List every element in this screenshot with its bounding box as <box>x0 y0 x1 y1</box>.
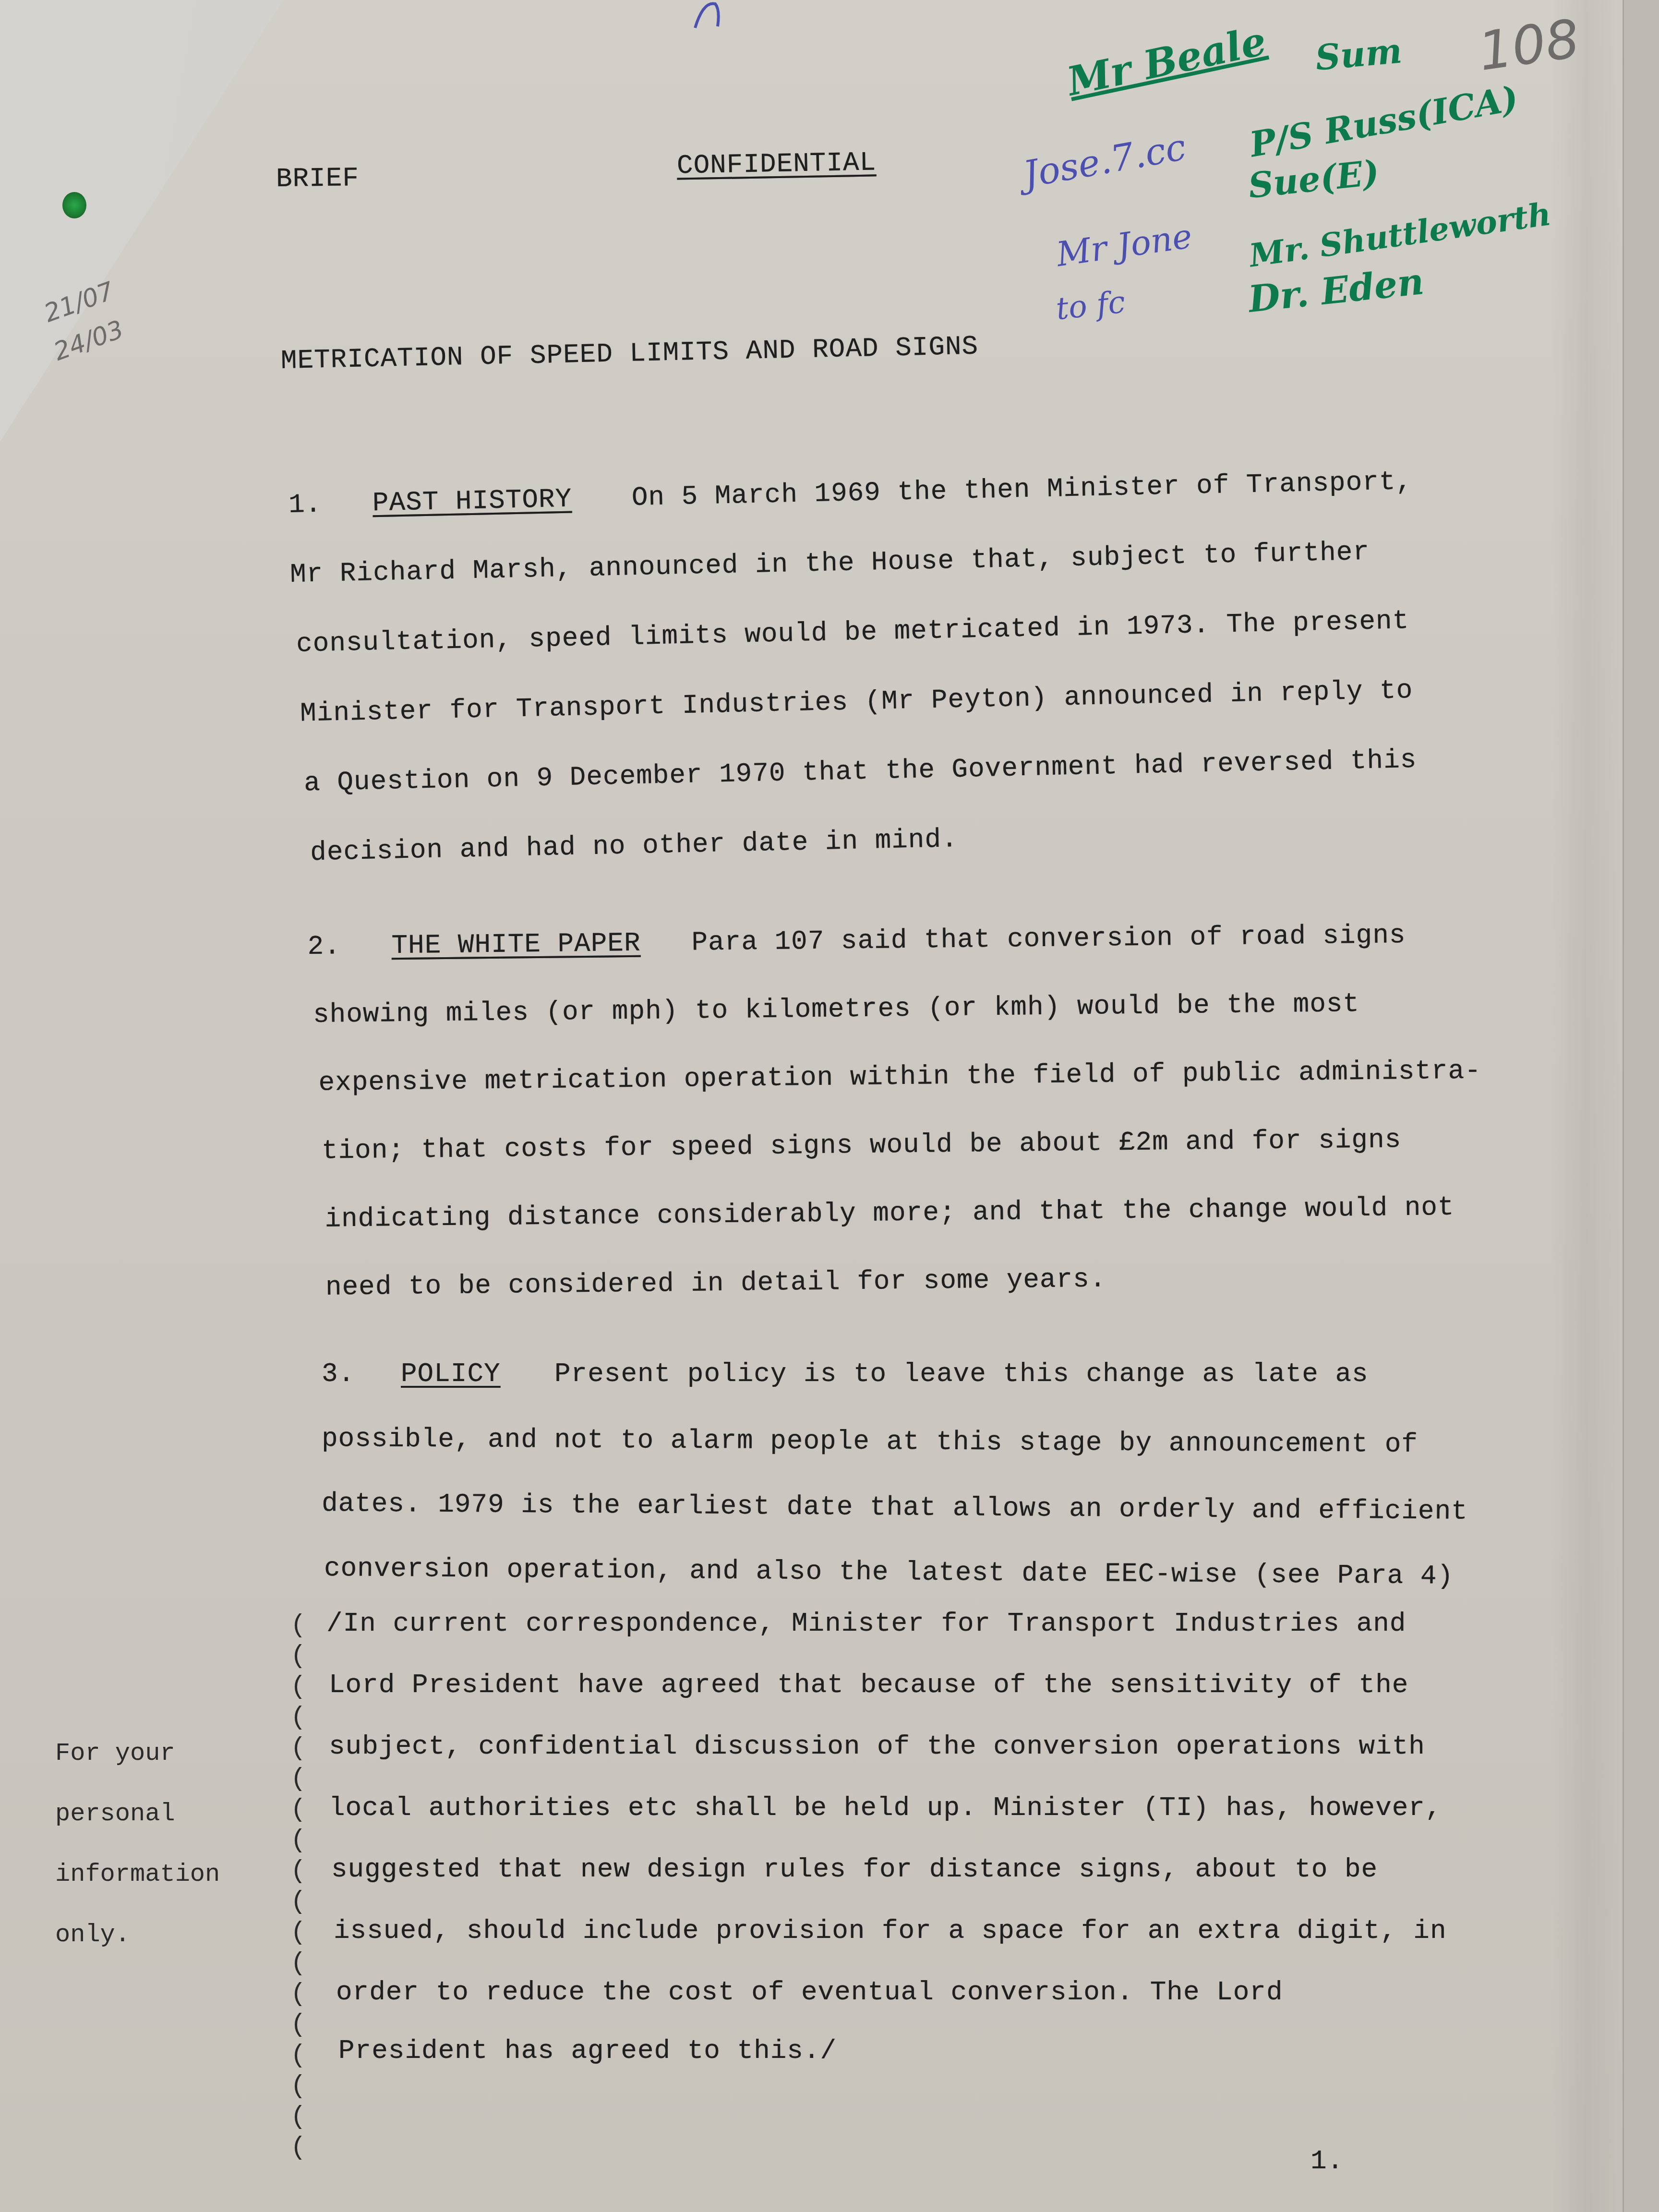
paragraph-line: consultation, speed limits would be metr… <box>296 605 1409 660</box>
page-number: 1. <box>1310 2146 1344 2176</box>
brief-label: BRIEF <box>276 163 360 194</box>
classification-label: CONFIDENTIAL <box>676 147 876 181</box>
bracketed-passage: /In current correspondence, Minister for… <box>326 1608 1479 2064</box>
paragraph-line: expensive metrication operation within t… <box>318 1055 1481 1098</box>
green-treasury-tag <box>62 192 86 218</box>
passage-line: local authorities etc shall be held up. … <box>329 1792 1442 1823</box>
paragraph-line: showing miles (or mph) to kilometres (or… <box>313 988 1360 1030</box>
paragraph-line: indicating distance considerably more; a… <box>325 1192 1455 1235</box>
passage-line: President has agreed to this./ <box>338 2035 837 2066</box>
margin-note-line: For your <box>55 1739 175 1767</box>
paragraph-line: conversion operation, and also the lates… <box>324 1553 1454 1591</box>
passage-line: order to reduce the cost of eventual con… <box>336 1977 1283 2008</box>
passage-line: subject, confidential discussion of the … <box>329 1731 1425 1762</box>
paragraph-line: On 5 March 1969 the then Minister of Tra… <box>631 466 1412 513</box>
passage-line: issued, should include provision for a s… <box>334 1915 1447 1946</box>
blue-pen-mark <box>691 0 725 34</box>
margin-note-line: only. <box>55 1921 130 1949</box>
paragraph-policy: 3. POLICY Present policy is to leave thi… <box>322 1349 1522 1599</box>
passage-line: Lord President have agreed that because … <box>329 1670 1408 1700</box>
paragraph-line: Minister for Transport Industries (Mr Pe… <box>300 675 1413 729</box>
page-fold-shadow <box>1551 0 1623 2212</box>
paragraph-line: tion; that costs for speed signs would b… <box>322 1124 1402 1166</box>
paragraph-heading: PAST HISTORY <box>372 484 572 519</box>
paragraph-line: Para 107 said that conversion of road si… <box>691 920 1406 958</box>
margin-note-line: information <box>55 1860 220 1888</box>
margin-note: For your personal information only. <box>55 1723 220 1965</box>
margin-note-line: personal <box>55 1800 175 1828</box>
paragraph-heading: POLICY <box>401 1358 501 1389</box>
paragraph-line: possible, and not to alarm people at thi… <box>322 1423 1418 1460</box>
blue-initials: to fc <box>1055 285 1127 327</box>
paragraph-past-history: 1. PAST HISTORY On 5 March 1969 the then… <box>288 455 1496 864</box>
adjacent-sheet-edge <box>1623 0 1659 2212</box>
paragraph-line: a Question on 9 December 1970 that the G… <box>304 745 1417 799</box>
paragraph-white-paper: 2. THE WHITE PAPER Para 107 said that co… <box>307 909 1511 1286</box>
passage-line: /In current correspondence, Minister for… <box>326 1608 1406 1639</box>
paragraph-number: 2. <box>307 931 341 962</box>
green-distribution-name: Sum <box>1314 30 1404 78</box>
margin-brackets: ( ( ( ( ( ( ( ( ( ( ( ( ( ( ( ( ( ( <box>290 1611 306 2164</box>
passage-line: suggested that new design rules for dist… <box>331 1854 1378 1885</box>
paragraph-heading: THE WHITE PAPER <box>391 928 641 961</box>
paragraph-number: 3. <box>322 1358 355 1389</box>
paragraph-line: dates. 1979 is the earliest date that al… <box>322 1488 1468 1527</box>
paragraph-line: Mr Richard Marsh, announced in the House… <box>289 537 1370 590</box>
paragraph-line: Present policy is to leave this change a… <box>554 1358 1369 1389</box>
paragraph-number: 1. <box>288 489 322 520</box>
